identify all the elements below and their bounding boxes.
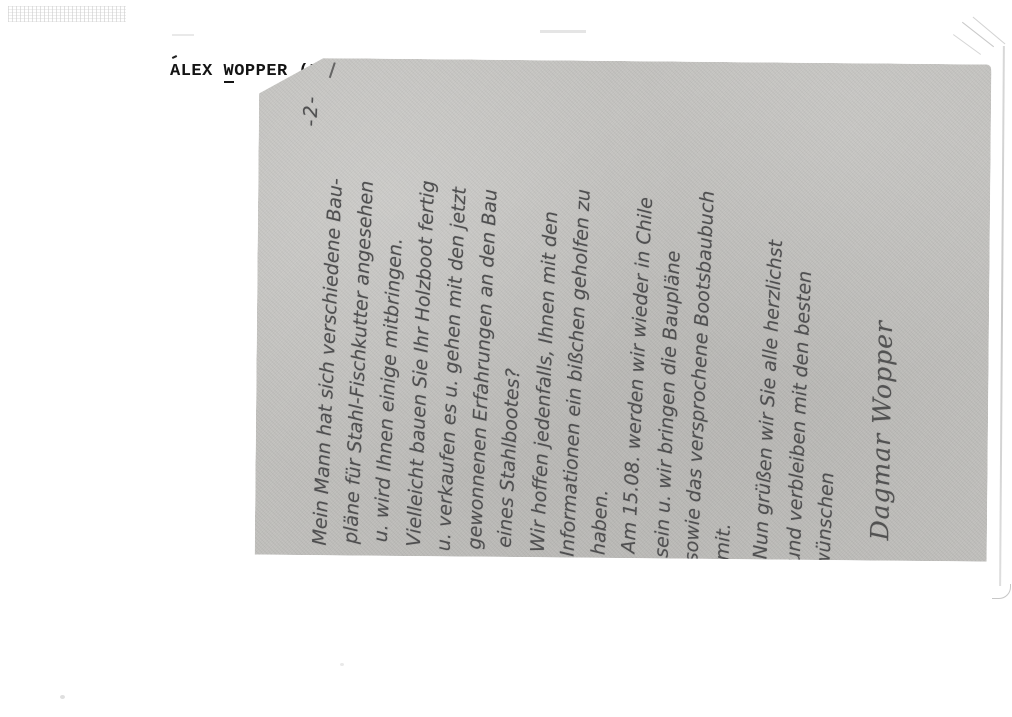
signature: Dagmar Wopper — [864, 110, 904, 541]
label-underlined-letter: W — [224, 62, 235, 83]
sheet-edge-line — [999, 46, 1005, 586]
scanner-noise-mark — [172, 34, 194, 36]
corner-crease-line — [973, 17, 1006, 45]
handwritten-text-block: -2- Mein Mann hat sich verschiedene Bau-… — [279, 84, 911, 571]
label-prefix: ALEX — [170, 62, 224, 81]
corner-fold-mark — [992, 584, 1011, 599]
pen-stroke-mark — [329, 62, 336, 78]
scanner-noise-strip — [8, 6, 126, 22]
scanner-noise-dot — [60, 695, 65, 699]
stray-accent-mark — [172, 55, 177, 59]
scanned-document: ALEX WOPPER (5) -2- Mein Mann hat sich v… — [0, 0, 1012, 717]
scanned-letter-page: -2- Mein Mann hat sich verschiedene Bau-… — [255, 57, 992, 561]
corner-crease-line — [953, 34, 981, 55]
scanner-noise-mark — [540, 30, 586, 33]
scanner-noise-dot — [340, 663, 344, 666]
